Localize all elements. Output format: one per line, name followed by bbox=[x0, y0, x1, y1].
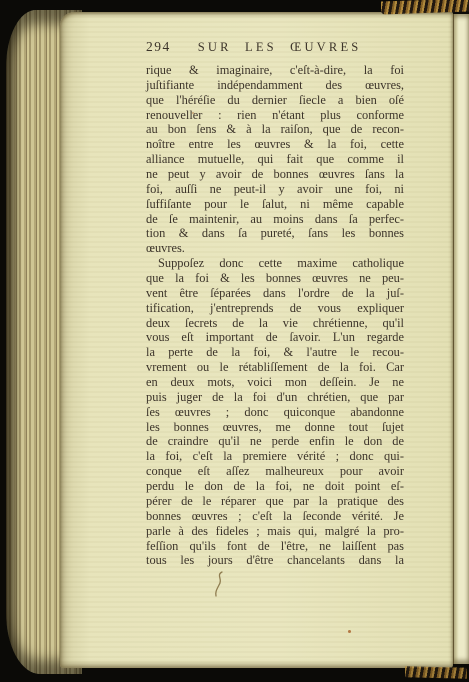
text-line: en deux mots, voici mon deſſein. Je ne bbox=[146, 375, 404, 390]
text-line: que l'héréſie du dernier ſiecle a bien o… bbox=[146, 93, 404, 108]
text-line: la perte de la foi, & l'autre le recou- bbox=[146, 345, 404, 360]
text-line: ne peut y avoir de bonnes œuvres ſans la bbox=[146, 167, 404, 182]
foxing-spot bbox=[192, 112, 194, 114]
text-line: de ſe maintenir, au moins dans ſa perfec… bbox=[146, 212, 404, 227]
text-line: puis juger de la foi d'un chrétien, que … bbox=[146, 390, 404, 405]
body-text: rique & imaginaire, c'eſt-à-dire, la foi… bbox=[146, 63, 404, 568]
text-line: tification, j'entreprends de vous expliq… bbox=[146, 301, 404, 316]
running-header: 294 SUR LES ŒUVRES bbox=[146, 39, 406, 55]
paragraph: rique & imaginaire, c'eſt-à-dire, la foi… bbox=[146, 63, 404, 256]
page-number: 294 bbox=[146, 39, 171, 55]
text-line: perdu le don de la foi, ne doit point eſ… bbox=[146, 479, 404, 494]
text-line: parle à des fideles ; mais qui, malgré l… bbox=[146, 524, 404, 539]
text-line: tous les jours d'être chancelants dans l… bbox=[146, 553, 404, 568]
text-line: juſtifiante indépendamment des œuvres, bbox=[146, 78, 404, 93]
text-line: ſuffiſante pour le ſalut, ni même capabl… bbox=[146, 197, 404, 212]
text-line: tion & dans ſa pureté, ſans les bonnes bbox=[146, 226, 404, 241]
text-line: renouveller : rien n'étant plus conforme bbox=[146, 108, 404, 123]
text-line: au bon ſens & à la raiſon, que de recon- bbox=[146, 122, 404, 137]
text-line: conque eſt aſſez malheureux pour avoir bbox=[146, 464, 404, 479]
text-line: vous eſt important de ſavoir. L'un regar… bbox=[146, 330, 404, 345]
text-line: œuvres. bbox=[146, 241, 404, 256]
text-line: alliance mutuelle, qui fait que comme il bbox=[146, 152, 404, 167]
book-page: 294 SUR LES ŒUVRES rique & imaginaire, c… bbox=[60, 12, 453, 668]
text-line: la foi, c'eſt la premiere vérité ; donc … bbox=[146, 449, 404, 464]
text-line: ſes œuvres ; donc quiconque abandonne bbox=[146, 405, 404, 420]
gilt-headband-top bbox=[381, 0, 469, 15]
paragraph: Suppoſez donc cette maxime catholiqueque… bbox=[146, 256, 404, 568]
text-line: pérer de le réparer que par la pratique … bbox=[146, 494, 404, 509]
text-line: vent être ſéparées dans l'ordre de la ju… bbox=[146, 286, 404, 301]
gilt-tailband-bottom bbox=[405, 666, 467, 679]
text-line: bonnes œuvres ; c'eſt la ſeconde vérité.… bbox=[146, 509, 404, 524]
text-line: que la foi & les bonnes œuvres ne peu- bbox=[146, 271, 404, 286]
text-line: de craindre qu'il ne perde enfin le don … bbox=[146, 434, 404, 449]
book-photo-background: 294 SUR LES ŒUVRES rique & imaginaire, c… bbox=[0, 0, 469, 682]
text-line: noître entre les œuvres & la foi, cette bbox=[146, 137, 404, 152]
text-line: vrement ou le rétabliſſement de la foi. … bbox=[146, 360, 404, 375]
foxing-spot bbox=[348, 630, 351, 633]
right-page-edge bbox=[453, 14, 469, 664]
text-line: feſſion qu'ils font de l'être, ne laiſſe… bbox=[146, 539, 404, 554]
text-line: foi, auſſi ne peut-il y avoir une foi, n… bbox=[146, 182, 404, 197]
text-line: Suppoſez donc cette maxime catholique bbox=[146, 256, 404, 271]
text-line: rique & imaginaire, c'eſt-à-dire, la foi bbox=[146, 63, 404, 78]
text-line: les bonnes œuvres, me donne tout ſujet bbox=[146, 420, 404, 435]
text-line: deux ſecrets de la vie chrétienne, qu'il bbox=[146, 316, 404, 331]
running-title: SUR LES ŒUVRES bbox=[198, 40, 362, 55]
ink-mark bbox=[211, 570, 225, 598]
